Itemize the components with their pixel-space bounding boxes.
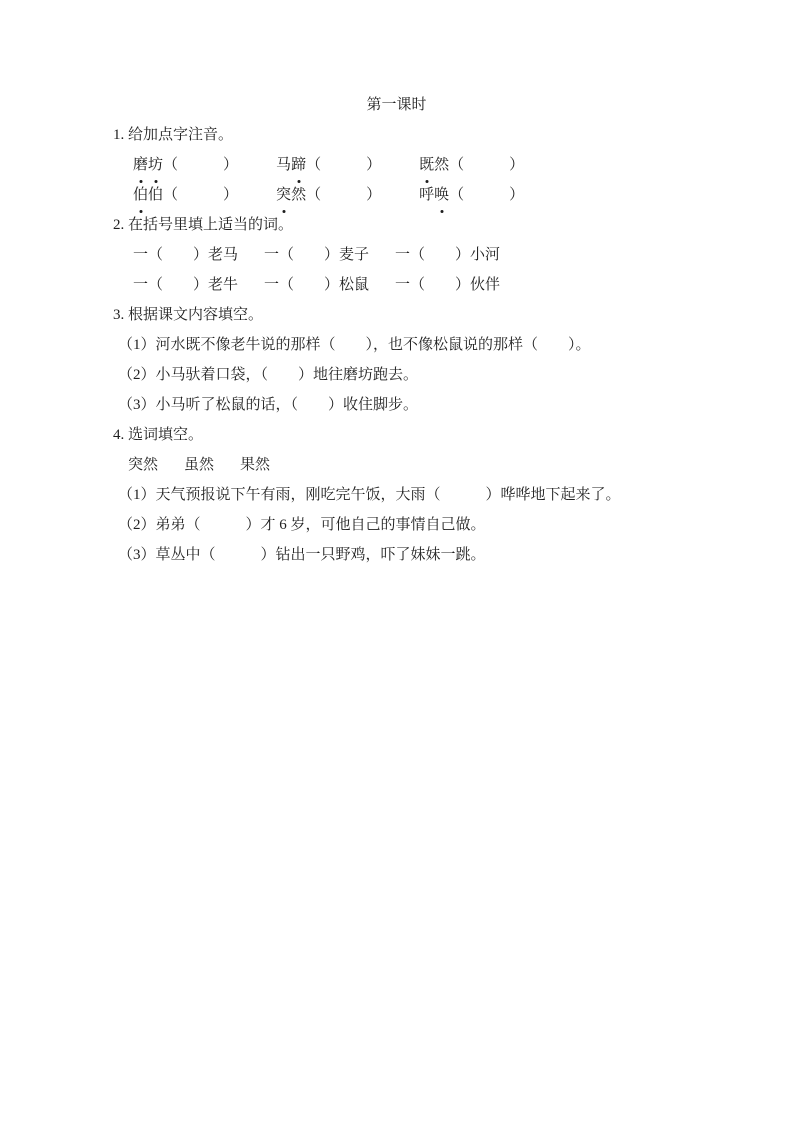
fill-blank-line-3-1: （1）河水既不像老牛说的那样（ ），也不像松鼠说的那样（ ）。	[0, 330, 793, 360]
pinyin-item-turan: 突然（ ）	[276, 180, 381, 210]
question-3-label: 3. 根据课文内容填空。	[0, 300, 793, 330]
measure-word-row-2: 一（ ）老牛 一（ ）松鼠 一（ ）伙伴	[0, 270, 793, 300]
measure-word-item: 一（ ）松鼠	[264, 270, 369, 300]
dotted-char: 蹄	[291, 150, 306, 180]
worksheet-page: 第一课时 1. 给加点字注音。 磨坊（ ） 马蹄（ ） 既然（ ） 伯伯（ ） …	[0, 0, 793, 570]
fill-blank-line-3-2: （2）小马驮着口袋，（ ）地往磨坊跑去。	[0, 360, 793, 390]
dotted-char: 伯	[133, 180, 148, 210]
word-option: 虽然	[184, 450, 214, 480]
char: 呼	[419, 180, 434, 210]
answer-blank: （ ）	[163, 187, 238, 203]
fill-blank-line-4-2: （2）弟弟（ ）才 6 岁，可他自己的事情自己做。	[0, 510, 793, 540]
question-1-label: 1. 给加点字注音。	[0, 120, 793, 150]
word-option: 突然	[128, 450, 158, 480]
answer-blank: （ ）	[163, 157, 238, 173]
char: 然	[291, 180, 306, 210]
measure-word-item: 一（ ）老马	[133, 240, 238, 270]
answer-blank: （ ）	[449, 187, 524, 203]
pinyin-item-huhuan: 呼唤（ ）	[419, 180, 524, 210]
answer-blank: （ ）	[449, 157, 524, 173]
page-title: 第一课时	[366, 97, 426, 113]
measure-word-item: 一（ ）麦子	[264, 240, 369, 270]
char: 然	[434, 150, 449, 180]
dotted-char: 唤	[434, 180, 449, 210]
measure-word-item: 一（ ）小河	[395, 240, 500, 270]
pinyin-item-mofang: 磨坊（ ）	[133, 150, 238, 180]
char: 马	[276, 150, 291, 180]
pinyin-item-mati: 马蹄（ ）	[276, 150, 381, 180]
pinyin-item-bobo: 伯伯（ ）	[133, 180, 238, 210]
answer-blank: （ ）	[306, 187, 381, 203]
measure-word-row-1: 一（ ）老马 一（ ）麦子 一（ ）小河	[0, 240, 793, 270]
pinyin-item-jiran: 既然（ ）	[419, 150, 524, 180]
question-4-label: 4. 选词填空。	[0, 420, 793, 450]
fill-blank-line-3-3: （3）小马听了松鼠的话，（ ）收住脚步。	[0, 390, 793, 420]
dotted-char: 坊	[148, 150, 163, 180]
word-options-row: 突然 虽然 果然	[0, 450, 793, 480]
measure-word-item: 一（ ）老牛	[133, 270, 238, 300]
question-2-label: 2. 在括号里填上适当的词。	[0, 210, 793, 240]
word-option: 果然	[240, 450, 270, 480]
pinyin-row-2: 伯伯（ ） 突然（ ） 呼唤（ ）	[0, 180, 793, 210]
fill-blank-line-4-3: （3）草丛中（ ）钻出一只野鸡，吓了妹妹一跳。	[0, 540, 793, 570]
pinyin-row-1: 磨坊（ ） 马蹄（ ） 既然（ ）	[0, 150, 793, 180]
char: 伯	[148, 180, 163, 210]
dotted-char: 既	[419, 150, 434, 180]
answer-blank: （ ）	[306, 157, 381, 173]
fill-blank-line-4-1: （1）天气预报说下午有雨，刚吃完午饭，大雨（ ）哗哗地下起来了。	[0, 480, 793, 510]
dotted-char: 突	[276, 180, 291, 210]
dotted-char: 磨	[133, 150, 148, 180]
measure-word-item: 一（ ）伙伴	[395, 270, 500, 300]
